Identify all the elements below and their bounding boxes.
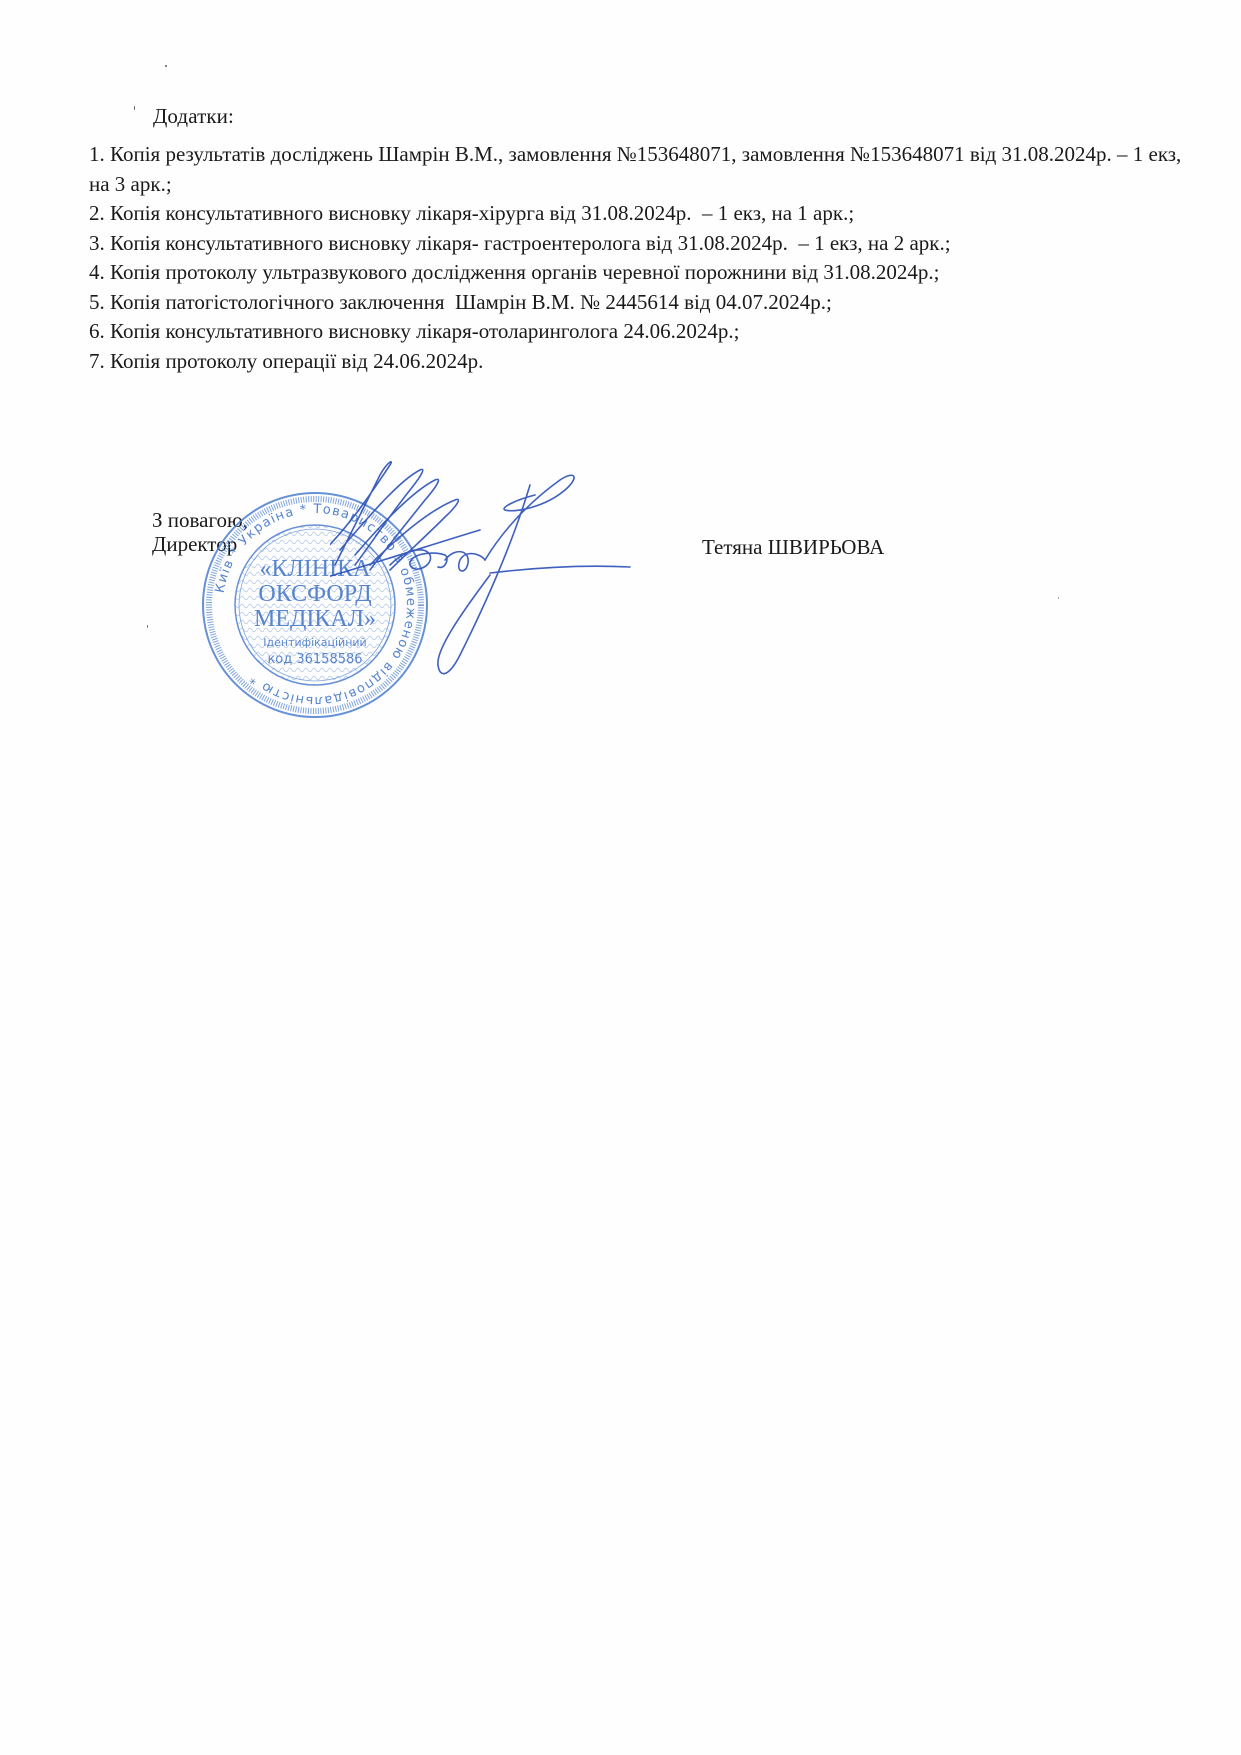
scan-speck: [1058, 597, 1059, 599]
appendix-item: 6. Копія консультативного висновку лікар…: [89, 317, 1199, 347]
appendix-list: 1. Копія результатів досліджень Шамрін В…: [89, 140, 1199, 376]
document-page: Додатки: 1. Копія результатів досліджень…: [0, 0, 1241, 1755]
appendix-item: 3. Копія консультативного висновку лікар…: [89, 229, 1199, 259]
signature-icon: [330, 455, 730, 695]
appendix-title: Додатки:: [153, 104, 234, 129]
scan-speck: [147, 625, 148, 628]
appendix-item: 2. Копія консультативного висновку лікар…: [89, 199, 1199, 229]
appendix-item: 7. Копія протоколу операції від 24.06.20…: [89, 347, 1199, 377]
appendix-item: 4. Копія протоколу ультразвукового дослі…: [89, 258, 1199, 288]
scan-speck: [165, 65, 167, 67]
appendix-item: 5. Копія патогістологічного заключення Ш…: [89, 288, 1199, 318]
scan-speck: [134, 106, 135, 110]
appendix-item: 1. Копія результатів досліджень Шамрін В…: [89, 140, 1199, 199]
